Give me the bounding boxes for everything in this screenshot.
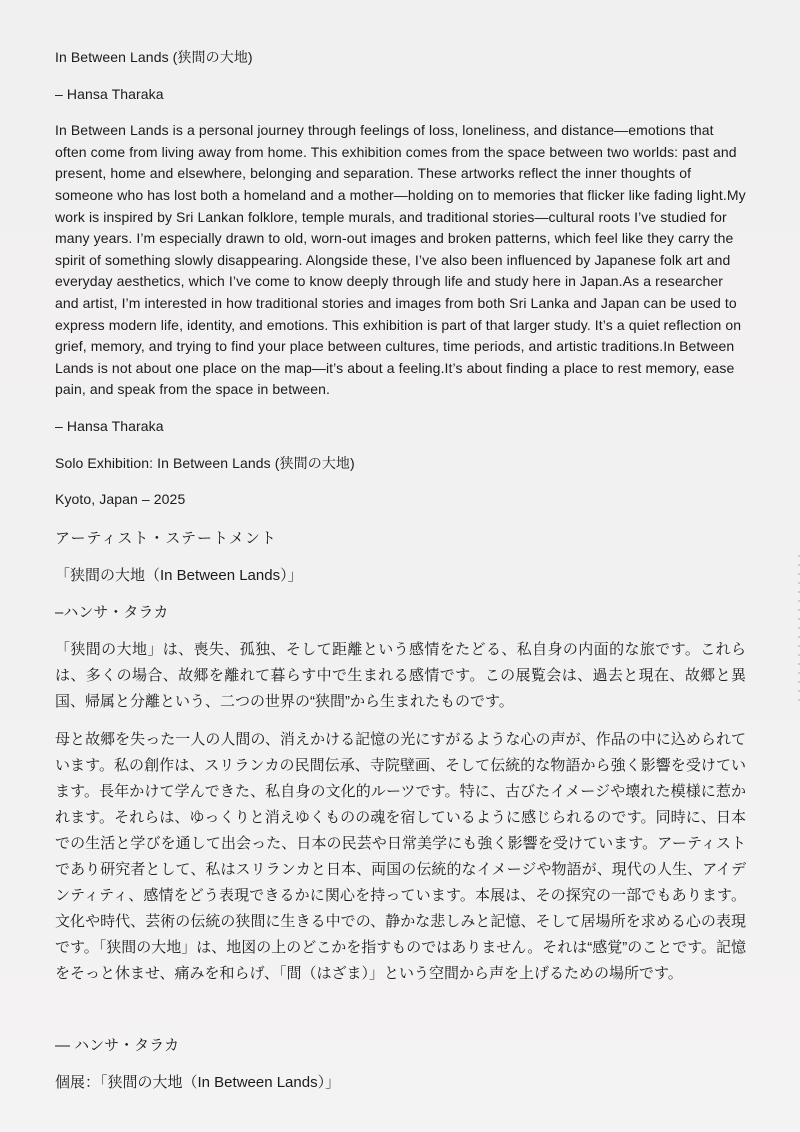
document-page: In Between Lands (狭間の大地) – Hansa Tharaka… [0,0,800,1132]
artist-statement-paragraph-1-ja: 「狭間の大地」は、喪失、孤独、そして距離という感情をたどる、私自身の内面的な旅で… [55,637,746,715]
document-title: In Between Lands (狭間の大地) [55,47,746,69]
author-byline-ja: –ハンサ・タラカ [55,600,746,626]
author-byline-en: – Hansa Tharaka [55,84,746,106]
signature-en: – Hansa Tharaka [55,416,746,438]
artist-statement-heading-ja: アーティスト・ステートメント [55,526,746,552]
artist-statement-paragraph-2-ja: 母と故郷を失った一人の人間の、消えかける記憶の光にすがるような心の声が、作品の中… [55,727,746,987]
signature-ja: — ハンサ・タラカ [55,1033,746,1059]
artist-statement-body-en: In Between Lands is a personal journey t… [55,120,746,401]
location-year-line: Kyoto, Japan – 2025 [55,489,746,511]
document-title-ja: 「狭間の大地（In Between Lands）」 [55,563,746,589]
exhibition-line-ja: 個展：「狭間の大地（In Between Lands）」 [55,1070,746,1096]
exhibition-line-en: Solo Exhibition: In Between Lands (狭間の大地… [55,453,746,475]
